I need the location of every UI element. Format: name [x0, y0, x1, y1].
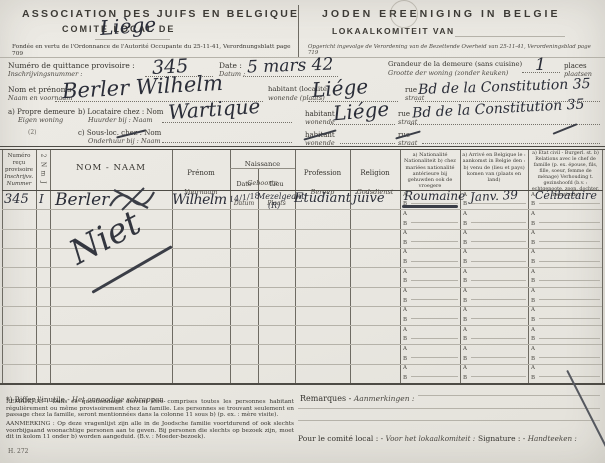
ab-mid-line: [411, 280, 458, 281]
size-underline: [522, 72, 560, 73]
header-arrivee: a) Arrivé en Belgique le : aankomst in B…: [461, 152, 527, 183]
size-label-fr: Grandeur de la demeure (sans cuisine): [388, 61, 522, 69]
form-reference: H. 272: [8, 449, 29, 456]
street1-handwritten: Bd de la Constitution 35: [418, 76, 591, 98]
committee-underline: [95, 39, 170, 40]
stamp-circle: [390, 0, 418, 28]
ab-mid-line: [411, 376, 458, 377]
residence2-label-fr: habitant: [305, 110, 335, 118]
ab-label-b: B: [463, 259, 467, 265]
remarks-line-2: [298, 408, 600, 409]
date-label-nl: Datum :: [219, 71, 245, 78]
ab-label-a: A: [403, 327, 407, 333]
subtitle-dutch: LOKAALKOMITEIT VAN: [332, 26, 455, 36]
ab-label-a: A: [531, 269, 535, 275]
ab-mid-line: [471, 318, 526, 319]
ab-label-a: A: [463, 307, 467, 313]
ab-mid-line: [539, 299, 600, 300]
dwelling-a-label-nl: Eigen woning: [18, 117, 63, 124]
signature-label: Signature : - Handteeken :: [478, 426, 577, 445]
ab-mid-line: [411, 338, 458, 339]
ab-mid-line: [539, 318, 600, 319]
entry-surname: Berler: [55, 190, 109, 210]
ab-label-b: B: [463, 375, 467, 381]
ab-label-b: B: [531, 278, 535, 284]
ab-label-a: A: [403, 249, 407, 255]
ab-mid-line: [411, 318, 458, 319]
header-num-fr: Numéro reçu provisoire: [5, 153, 33, 173]
legal-text-french: Fondée en vertu de l'Ordonnance de l'Aut…: [12, 44, 292, 57]
ab-label-b: B: [463, 278, 467, 284]
entry-code: I: [39, 192, 44, 206]
ab-label-b: B: [403, 278, 407, 284]
local-committee-handwritten: Liège: [99, 12, 157, 40]
ab-label-a: A: [531, 211, 535, 217]
committee-fr: Pour le comité local : -: [298, 434, 386, 443]
dwelling-b-label-fr: b) Locataire chez : Nom: [78, 108, 163, 116]
street1-label-fr: rue: [405, 86, 417, 94]
residence2-handwritten: Liége: [332, 97, 390, 126]
ab-label-a: A: [531, 365, 535, 371]
ab-label-a: A: [403, 269, 407, 275]
dwelling-a-label-fr: a) Propre demeure: [8, 108, 75, 116]
ab-label-a: A: [463, 288, 467, 294]
header-profession-fr: Profession: [304, 169, 341, 177]
ab-label-a: A: [463, 249, 467, 255]
signature-nl: Handteeken :: [528, 434, 577, 443]
ab-label-a: A: [531, 230, 535, 236]
committee-nl: Voor het lokaalkomiteit :: [386, 434, 476, 443]
ab-label-a: A: [463, 346, 467, 352]
ab-label-b: B: [403, 240, 407, 246]
remarks-label: Remarques - Aanmerkingen :: [300, 386, 414, 405]
entry-religion: juive: [353, 191, 385, 206]
ab-mid-line: [539, 203, 600, 204]
row-separator: [2, 325, 602, 326]
ab-mid-line: [539, 261, 600, 262]
entry-birthplace-country: (R): [268, 201, 280, 210]
ab-mid-line: [411, 241, 458, 242]
ab-label-a: A: [403, 211, 407, 217]
ab-mid-line: [411, 222, 458, 223]
ab-label-a: A: [463, 365, 467, 371]
remarks-line-1: [418, 395, 600, 396]
ab-label-b: B: [531, 317, 535, 323]
ab-mid-line: [539, 280, 600, 281]
entry-arrival: Janv. 39: [470, 188, 519, 204]
ab-label-a: A: [463, 327, 467, 333]
ab-label-b: B: [463, 356, 467, 362]
signature-fr: Signature : -: [478, 434, 528, 443]
ab-label-b: B: [403, 336, 407, 342]
dwelling-c-underline: [162, 142, 292, 143]
size-label-nl: Grootte der woning (zonder keuken): [388, 70, 508, 77]
header-num: Numéro reçu provisoire Inschrijvs. Numme…: [3, 153, 35, 187]
ab-label-a: A: [463, 269, 467, 275]
header-birthplace-fr: Lieu: [270, 181, 284, 188]
dwelling-b-label-nl: Huurder bij : Naam: [88, 117, 153, 124]
ab-label-a: A: [463, 230, 467, 236]
landlord-underline: [162, 122, 292, 123]
ab-label-b: B: [403, 356, 407, 362]
committee-signature-line: Pour le comité local : - Voor het lokaal…: [298, 426, 475, 445]
entry-profession: Etudiant: [294, 191, 351, 206]
header-birthdate-fr: Date: [236, 181, 251, 188]
street3-underline: [422, 143, 600, 144]
ab-label-b: B: [403, 317, 407, 323]
ab-mid-line: [411, 357, 458, 358]
entry-civil-status: Célibataire: [535, 189, 597, 202]
ab-label-b: B: [531, 201, 535, 207]
row-separator: [2, 287, 602, 288]
ab-mid-line: [539, 241, 600, 242]
row-separator: [2, 344, 602, 345]
crossed-out-scribble: [108, 186, 156, 212]
header-naissance-fr: Naissance: [245, 160, 280, 168]
remarks-fr: Remarques -: [300, 394, 354, 403]
ab-mid-line: [539, 338, 600, 339]
title-dutch: JODEN EREENIGING IN BELGIE: [322, 8, 560, 20]
header-num-nl: Inschrijvs. Nummer: [5, 174, 34, 187]
aanmerking-paragraph: AANMERKING : Op deze vragenlijst zijn al…: [6, 421, 294, 441]
ab-label-a: A: [531, 307, 535, 313]
ab-label-b: B: [531, 356, 535, 362]
residence2-label-nl: wonende: [305, 119, 335, 126]
ab-label-b: B: [403, 259, 407, 265]
residence1-handwritten: Liége: [311, 74, 369, 102]
ab-mid-line: [411, 261, 458, 262]
row-separator: [2, 364, 602, 365]
registration-form-scan: ASSOCIATION DES JUIFS EN BELGIQUE COMITÉ…: [0, 0, 605, 463]
ab-mid-line: [471, 222, 526, 223]
ab-label-a: A: [531, 327, 535, 333]
ab-mid-line: [539, 357, 600, 358]
ab-mid-line: [539, 222, 600, 223]
ab-mid-line: [471, 376, 526, 377]
header-nationalite: a) Nationalité Nationaliteit b) chez mar…: [401, 152, 459, 190]
receipt-label-nl: Inschrijvingsnummer :: [8, 71, 82, 78]
residence2-underline: [330, 124, 395, 125]
ab-label-a: A: [531, 288, 535, 294]
header-religion-fr: Religion: [360, 169, 389, 177]
ab-label-a: A: [403, 230, 407, 236]
remarks-line-3: [298, 420, 600, 421]
legal-text-dutch: Opgericht ingevolge de Verordening van d…: [308, 44, 593, 56]
nationality-pen-line: [402, 205, 458, 208]
ab-label-b: B: [463, 317, 467, 323]
title-french: ASSOCIATION DES JUIFS EN BELGIQUE: [22, 8, 299, 20]
ab-mid-line: [471, 280, 526, 281]
ab-label-b: B: [463, 336, 467, 342]
ab-label-b: B: [531, 375, 535, 381]
ab-label-b: B: [403, 221, 407, 227]
ab-label-a: A: [403, 365, 407, 371]
entry-receipt-number: 345: [4, 192, 29, 207]
ab-label-b: B: [531, 259, 535, 265]
row-separator: [2, 306, 602, 307]
niet-annotation: Niet: [63, 203, 147, 273]
ab-label-b: B: [463, 298, 467, 304]
ab-label-b: B: [463, 221, 467, 227]
table-border-right: [602, 150, 603, 383]
ab-mid-line: [471, 261, 526, 262]
table-top-rule-2: [0, 149, 605, 150]
ab-label-b: B: [531, 240, 535, 246]
date-handwritten: 5 mars 42: [247, 54, 334, 77]
ab-mid-line: [471, 241, 526, 242]
ab-label-b: B: [531, 298, 535, 304]
ab-mid-line: [471, 299, 526, 300]
code-char: J: [39, 177, 48, 189]
table-top-rule-1: [0, 146, 605, 147]
remarks-nl: Aanmerkingen :: [354, 394, 415, 403]
ab-label-b: B: [403, 375, 407, 381]
ab-label-a: A: [403, 288, 407, 294]
ab-mid-line: [411, 299, 458, 300]
ab-label-a: A: [463, 211, 467, 217]
ab-label-b: B: [403, 298, 407, 304]
ab-label-a: A: [403, 307, 407, 313]
ab-label-b: B: [531, 336, 535, 342]
note2-mark: (2): [28, 130, 37, 137]
street2-label-fr: rue: [398, 110, 410, 118]
ab-label-b: B: [531, 221, 535, 227]
size-unit-fr: places: [564, 62, 587, 70]
ab-label-a: A: [403, 346, 407, 352]
header-nom: NOM - NAAM: [50, 164, 172, 174]
committee-underline-nl: [455, 36, 565, 37]
remarque-paragraph: REMARQUE : Dans ce questionnaire doivent…: [6, 399, 294, 419]
ab-mid-line: [471, 357, 526, 358]
header-prenom-fr: Prénom: [187, 169, 215, 177]
residence3-underline: [340, 143, 395, 144]
landlord-handwritten: Wartique: [167, 94, 261, 124]
ab-label-a: A: [531, 346, 535, 352]
header-code: 2 N m J: [37, 151, 49, 187]
ab-label-a: A: [531, 249, 535, 255]
ab-label-b: B: [463, 240, 467, 246]
entry-firstname: Wilhelm: [172, 192, 227, 208]
dwelling-c-label-nl: Onderhuur bij : Naam: [88, 138, 161, 145]
ab-mid-line: [471, 338, 526, 339]
entry-nationality: Roumaine: [404, 189, 465, 203]
table-bottom-rule: [0, 383, 605, 385]
